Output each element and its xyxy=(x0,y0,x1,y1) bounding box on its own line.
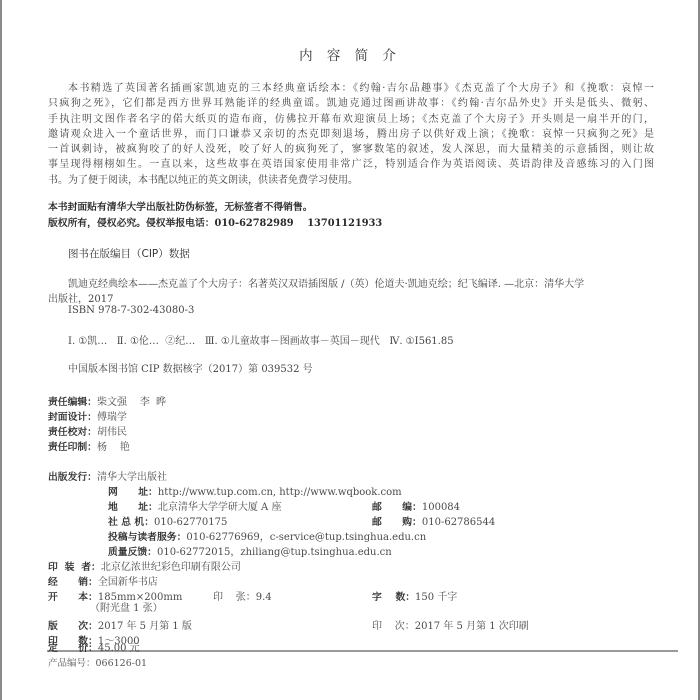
summary-line: 只疯狗之死》，它们都是西方世界耳熟能详的经典童谣。凯迪克通过图画讲故事：《约翰·… xyxy=(48,96,654,111)
staff-value: 杨 艳 xyxy=(97,442,130,453)
printing-row: 印 次：2017 年 5 月第 1 次印刷 xyxy=(372,614,529,633)
footer-rule xyxy=(47,650,678,652)
words-label: 字 数： xyxy=(372,592,415,603)
copyright-text: 版权所有，侵权必究。侵权举报电话： xyxy=(48,218,215,229)
summary-line: 事呈现得栩栩如生。一直以来，这些故事在英语国家使用非常广泛，特别适合作为英语阅读… xyxy=(48,157,654,172)
copyright-phones: 010-62782989 13701121933 xyxy=(215,218,383,229)
summary-line: 一首讽刺诗，被疯狗咬了的好人没死，咬了好人的疯狗死了，寥寥数笔的叙述，发人深思，… xyxy=(48,142,654,157)
staff-row-printing-manager: 责任印制：杨 艳 xyxy=(48,435,130,454)
cip-isbn: ISBN 978-7-302-43080-3 xyxy=(68,305,194,316)
publisher-label: 出版发行： xyxy=(48,472,97,483)
cip-heading: 图书在版编目（CIP）数据 xyxy=(68,246,190,261)
staff-label: 责任印制： xyxy=(48,442,97,453)
summary-paragraph: 本书精选了英国著名插画家凯迪克的三本经典童话绘本：《约翰·吉尔品趣事》《杰克盖了… xyxy=(48,81,654,188)
sheets-value: 9.4 xyxy=(256,592,272,603)
attachment-note: （附光盘 1 张） xyxy=(90,599,163,614)
sheets-label: 印 张： xyxy=(213,592,256,603)
words-value: 150 千字 xyxy=(415,592,457,603)
product-code: 产品编号：066126-01 xyxy=(48,655,147,669)
cip-classification: Ⅰ. ①凯… Ⅱ. ①伦… ②纪… Ⅲ. ①儿童故事－图画故事－英国－现代 Ⅳ.… xyxy=(68,332,454,347)
anti-counterfeit-notice: 本书封面贴有清华大学出版社防伪标签，无标签者不得销售。 xyxy=(48,199,313,213)
mailorder-value: 010-62786544 xyxy=(422,517,495,528)
cip-record-line1: 凯迪克经典绘本——杰克盖了个大房子：名著英汉双语插图版 /（英）伦道夫·凯迪克绘… xyxy=(68,275,584,290)
printing-label: 印 次： xyxy=(372,621,415,632)
words-row: 字 数：150 千字 xyxy=(372,585,457,604)
summary-line: 本书精选了英国著名插画家凯迪克的三本经典童话绘本：《约翰·吉尔品趣事》《杰克盖了… xyxy=(48,81,654,96)
cip-library-record: 中国版本图书馆 CIP 数据核字（2017）第 039532 号 xyxy=(68,360,313,375)
summary-line: 书。为了便于阅读，本书配以纯正的英文朗读，供读者免费学习使用。 xyxy=(48,173,654,188)
printing-value: 2017 年 5 月第 1 次印刷 xyxy=(415,621,529,632)
summary-line: 邀请观众进入一个童话世界，而门口谦恭又亲切的杰克即刻退场，腾出房子以供好戏上演；… xyxy=(48,127,654,142)
price-line: 定 价：45.00 元 xyxy=(48,636,140,655)
sheets-row: 印 张：9.4 xyxy=(213,585,272,604)
price-label: 定 价： xyxy=(48,643,98,654)
page-title: 内 容 简 介 xyxy=(0,44,700,64)
cip-record-line2: 出版社，2017 xyxy=(48,290,113,305)
summary-line: 手执注明文图作者名字的偌大纸页的造布商，仿佛拉开幕布欢迎演员上场；《杰克盖了个大… xyxy=(48,112,654,127)
price-value: 45.00 元 xyxy=(98,643,140,654)
copyright-notice: 版权所有，侵权必究。侵权举报电话：010-62782989 1370112193… xyxy=(48,215,382,229)
